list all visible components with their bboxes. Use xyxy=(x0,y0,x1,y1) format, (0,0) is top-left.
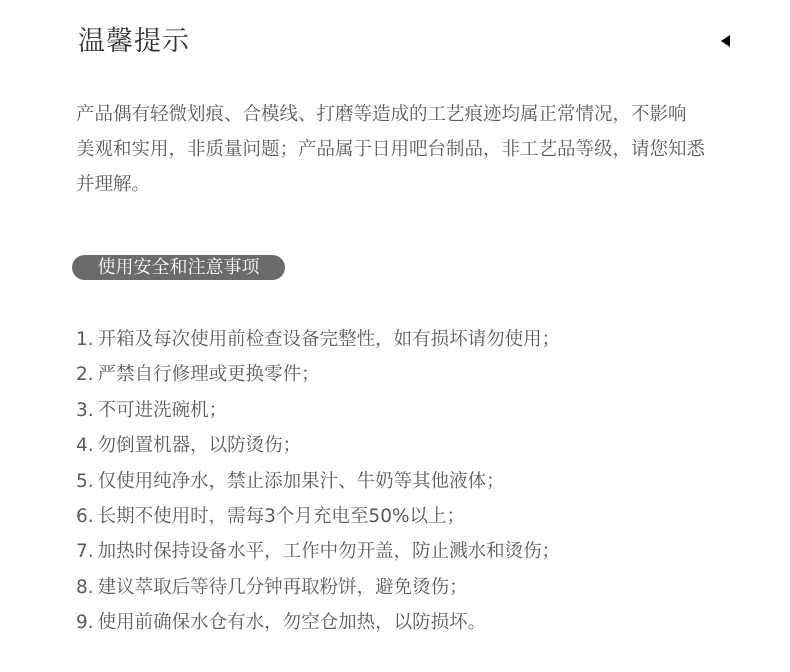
list-item: 4.勿倒置机器，以防烫伤； xyxy=(76,428,560,463)
item-number: 6. xyxy=(76,499,94,534)
item-number: 7. xyxy=(76,534,94,569)
caret-left-icon xyxy=(721,35,730,47)
notice-line: 并理解。 xyxy=(76,167,736,202)
list-item: 9.使用前确保水仓有水，勿空仓加热，以防损坏。 xyxy=(76,605,560,640)
collapse-toggle-button[interactable] xyxy=(720,35,732,47)
item-text: 长期不使用时，需每3个月充电至50%以上； xyxy=(98,506,465,527)
notice-line: 产品偶有轻微划痕、合模线、打磨等造成的工艺痕迹均属正常情况，不影响 xyxy=(76,97,736,132)
item-number: 5. xyxy=(76,464,94,499)
list-item: 7.加热时保持设备水平，工作中勿开盖，防止溅水和烫伤； xyxy=(76,534,560,569)
item-text: 使用前确保水仓有水，勿空仓加热，以防损坏。 xyxy=(98,612,487,633)
safety-list: 1.开箱及每次使用前检查设备完整性，如有损坏请勿使用； 2.严禁自行修理或更换零… xyxy=(76,322,560,641)
list-item: 2.严禁自行修理或更换零件； xyxy=(76,357,560,392)
section-badge-safety: 使用安全和注意事项 xyxy=(72,255,285,280)
item-number: 3. xyxy=(76,393,94,428)
list-item: 5.仅使用纯净水，禁止添加果汁、牛奶等其他液体； xyxy=(76,464,560,499)
item-text: 不可进洗碗机； xyxy=(98,400,228,421)
list-item: 1.开箱及每次使用前检查设备完整性，如有损坏请勿使用； xyxy=(76,322,560,357)
item-text: 仅使用纯净水，禁止添加果汁、牛奶等其他液体； xyxy=(98,471,505,492)
item-number: 4. xyxy=(76,428,94,463)
list-item: 3.不可进洗碗机； xyxy=(76,393,560,428)
item-number: 8. xyxy=(76,570,94,605)
list-item: 6.长期不使用时，需每3个月充电至50%以上； xyxy=(76,499,560,534)
list-item: 8.建议萃取后等待几分钟再取粉饼，避免烫伤； xyxy=(76,570,560,605)
notice-line: 美观和实用，非质量问题；产品属于日用吧台制品，非工艺品等级，请您知悉 xyxy=(76,132,736,167)
item-text: 加热时保持设备水平，工作中勿开盖，防止溅水和烫伤； xyxy=(98,541,561,562)
item-number: 1. xyxy=(76,322,94,357)
item-text: 严禁自行修理或更换零件； xyxy=(98,364,320,385)
notice-paragraph: 产品偶有轻微划痕、合模线、打磨等造成的工艺痕迹均属正常情况，不影响 美观和实用，… xyxy=(76,97,736,202)
page-title: 温馨提示 xyxy=(78,22,190,62)
item-text: 开箱及每次使用前检查设备完整性，如有损坏请勿使用； xyxy=(98,329,561,350)
item-text: 勿倒置机器，以防烫伤； xyxy=(98,435,302,456)
item-text: 建议萃取后等待几分钟再取粉饼，避免烫伤； xyxy=(98,577,468,598)
item-number: 2. xyxy=(76,357,94,392)
item-number: 9. xyxy=(76,605,94,640)
